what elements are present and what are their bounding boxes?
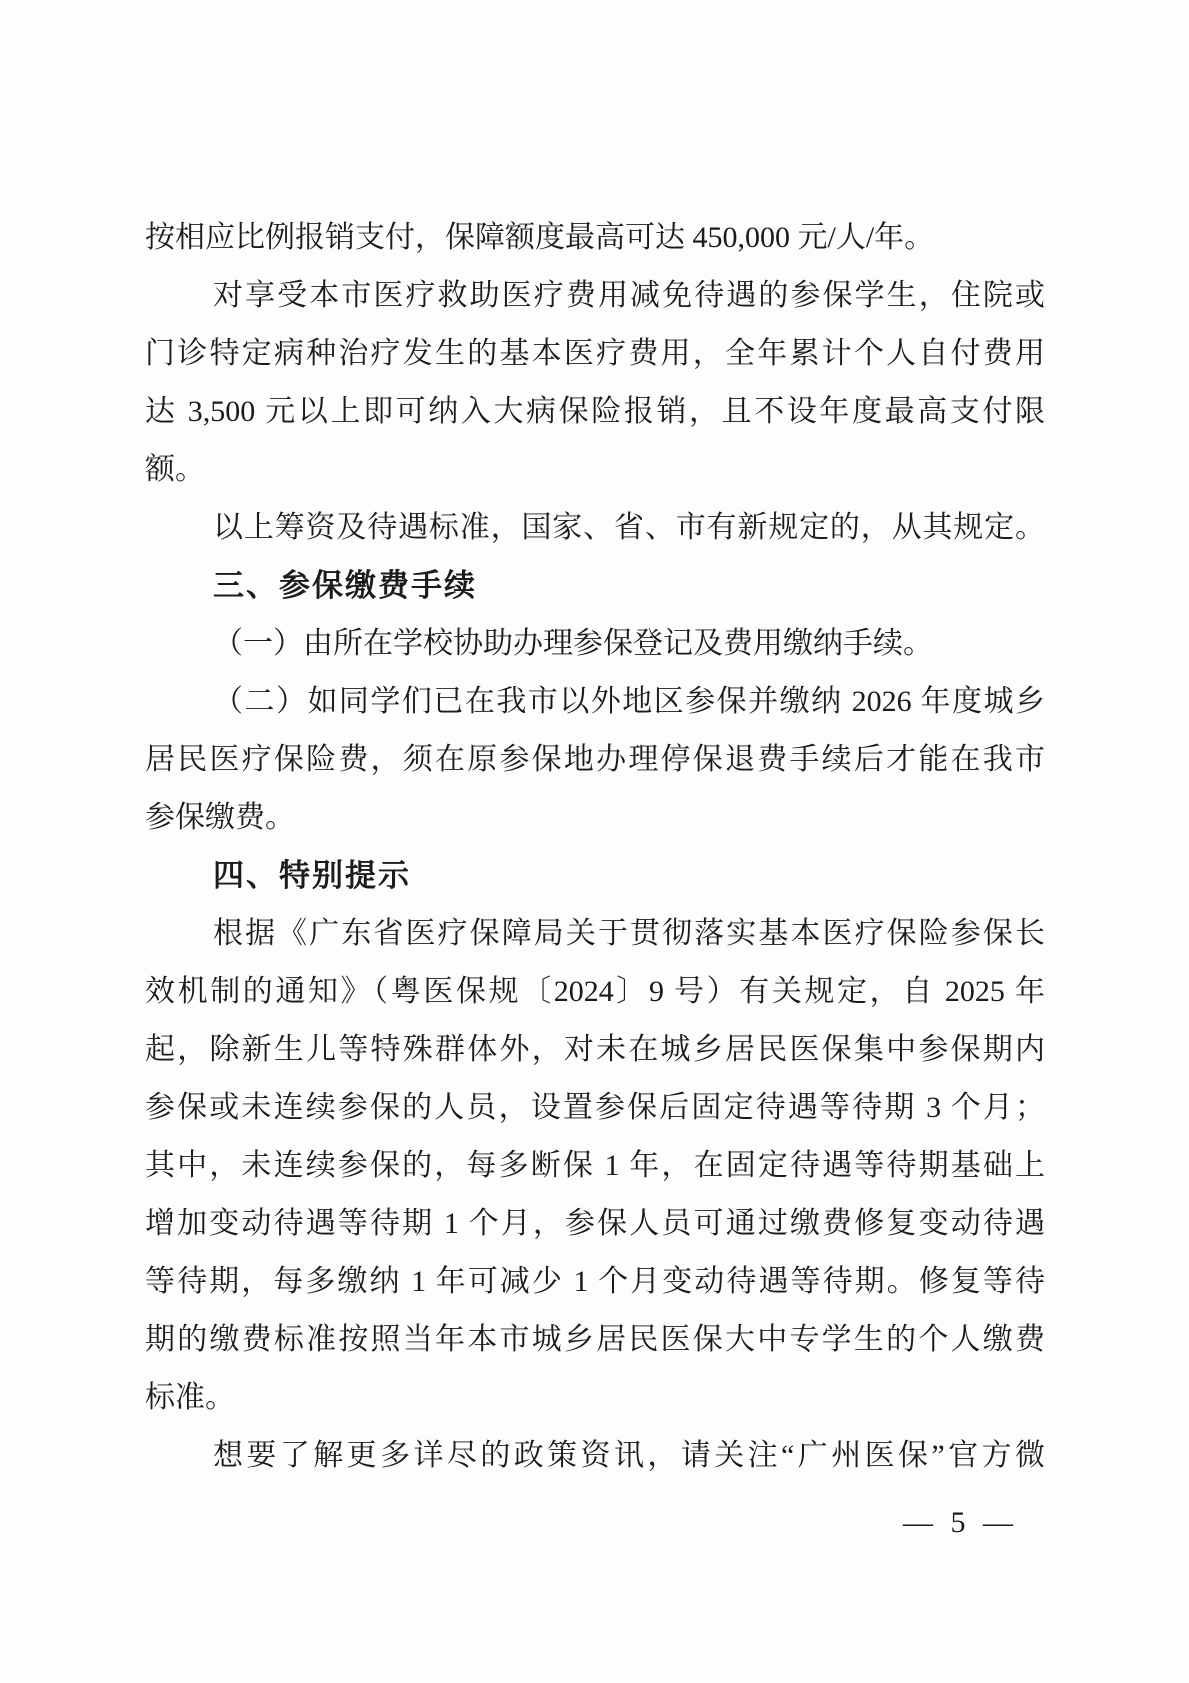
doc-line: 以上筹资及待遇标准，国家、省、市有新规定的，从其规定。 [145,499,1045,557]
doc-line: 效机制的通知》（粤医保规〔2024〕9 号）有关规定，自 2025 年 [145,963,1045,1021]
doc-line: 额。 [145,441,1045,499]
doc-line: 起，除新生儿等特殊群体外，对未在城乡居民医保集中参保期内 [145,1021,1045,1079]
doc-line: （一）由所在学校协助办理参保登记及费用缴纳手续。 [145,615,1045,673]
section-heading: 四、特别提示 [145,847,1045,905]
text-block: 按相应比例报销支付，保障额度最高可达 450,000 元/人/年。 对享受本市医… [145,209,1045,1485]
document-page: 按相应比例报销支付，保障额度最高可达 450,000 元/人/年。 对享受本市医… [0,0,1189,1683]
doc-line: 参保或未连续参保的人员，设置参保后固定待遇等待期 3 个月； [145,1079,1045,1137]
doc-line: 参保缴费。 [145,789,1045,847]
doc-line: 增加变动待遇等待期 1 个月，参保人员可通过缴费修复变动待遇 [145,1195,1045,1253]
doc-line: 居民医疗保险费，须在原参保地办理停保退费手续后才能在我市 [145,731,1045,789]
section-heading: 三、参保缴费手续 [145,557,1045,615]
doc-line: （二）如同学们已在我市以外地区参保并缴纳 2026 年度城乡 [145,673,1045,731]
doc-line: 标准。 [145,1369,1045,1427]
doc-line: 等待期，每多缴纳 1 年可减少 1 个月变动待遇等待期。修复等待 [145,1253,1045,1311]
doc-line: 对享受本市医疗救助医疗费用减免待遇的参保学生，住院或 [145,267,1045,325]
doc-line: 门诊特定病种治疗发生的基本医疗费用，全年累计个人自付费用 [145,325,1045,383]
doc-line: 按相应比例报销支付，保障额度最高可达 450,000 元/人/年。 [145,209,1045,267]
doc-line: 根据《广东省医疗保障局关于贯彻落实基本医疗保险参保长 [145,905,1045,963]
doc-line: 达 3,500 元以上即可纳入大病保险报销，且不设年度最高支付限 [145,383,1045,441]
doc-line: 期的缴费标准按照当年本市城乡居民医保大中专学生的个人缴费 [145,1311,1045,1369]
doc-line: 其中，未连续参保的，每多断保 1 年，在固定待遇等待期基础上 [145,1137,1045,1195]
doc-line: 想要了解更多详尽的政策资讯，请关注“广州医保”官方微 [145,1427,1045,1485]
page-number: — 5 — [903,1496,1013,1550]
